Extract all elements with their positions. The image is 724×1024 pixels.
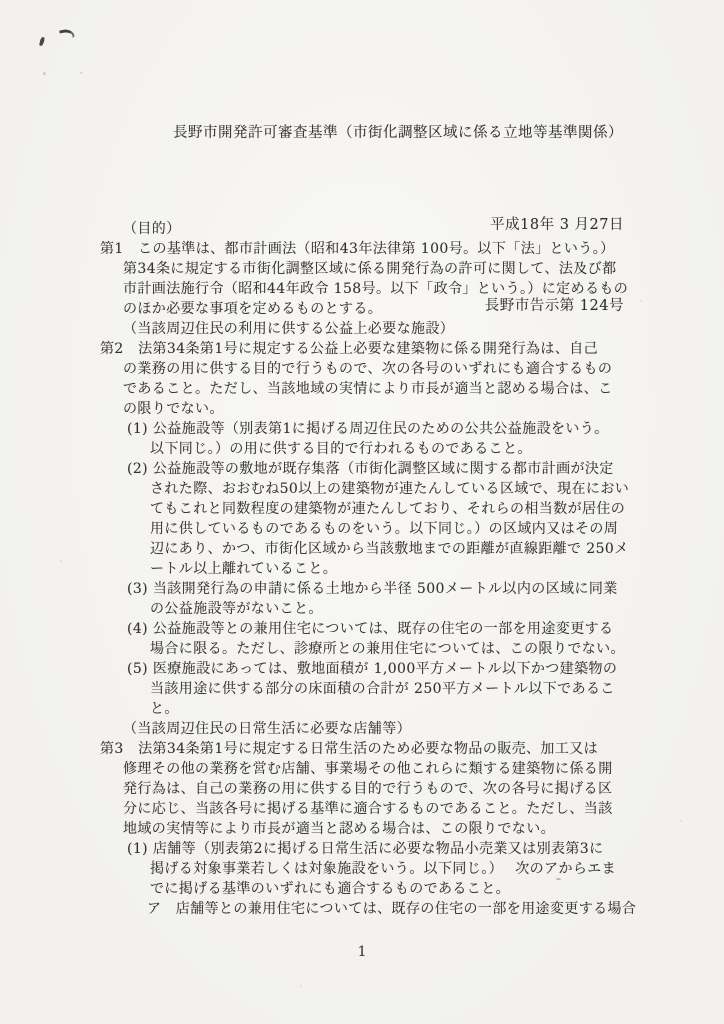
document-line: 掲げる対象事業若しくは対象施設をいう。以下同じ。） 次のアからエま bbox=[150, 859, 616, 879]
document-line: (1) 店舗等（別表第2に掲げる日常生活に必要な物品小売業又は別表第3に bbox=[127, 839, 604, 859]
document-line: 第1 この基準は、都市計画法（昭和43年法律第 100号。以下「法」という。） bbox=[100, 239, 615, 259]
document-lines: （目的）第1 この基準は、都市計画法（昭和43年法律第 100号。以下「法」とい… bbox=[0, 0, 724, 1024]
document-line: 修理その他の業務を営む店舗、事業場その他これらに類する建築物に係る開 bbox=[123, 759, 613, 779]
document-line: 発行為は、自己の業務の用に供する目的で行うもので、次の各号に掲げる区 bbox=[123, 779, 612, 799]
document-line: （目的） bbox=[123, 219, 181, 239]
document-line: 用に供しているものであるものをいう。以下同じ。）の区域内又はその周 bbox=[150, 519, 618, 539]
document-line: 場合に限る。ただし、診療所との兼用住宅については、この限りでない。 bbox=[150, 639, 625, 659]
document-line: 第34条に規定する市街化調整区域に係る開発行為の許可に関して、法及び都 bbox=[123, 259, 617, 279]
document-line: ートル以上離れていること。 bbox=[150, 559, 337, 579]
document-line: てもこれと同数程度の建築物が連たんしており、それらの相当数が居住の bbox=[150, 499, 625, 519]
document-line: 第3 法第34条第1号に規定する日常生活のため必要な物品の販売、加工又は bbox=[100, 739, 598, 759]
document-line: (5) 医療施設にあっては、敷地面積が 1,000平方メートル以下かつ建築物の bbox=[127, 659, 617, 679]
document-line: (2) 公益施設等の敷地が既存集落（市街化調整区域に関する都市計画が決定 bbox=[127, 459, 614, 479]
document-line: された際、おおむね50以上の建築物が連たんしている区域で、現在におい bbox=[150, 479, 629, 499]
document-line: 地域の実情等により市長が適当と認める場合は、この限りでない。 bbox=[123, 819, 555, 839]
document-line: 辺にあり、かつ、市街化区域から当該敷地までの距離が直線距離で 250メ bbox=[150, 539, 629, 559]
document-line: のほか必要な事項を定めるものとする。 bbox=[123, 299, 382, 319]
document-line: 市計画法施行令（昭和44年政令 158号。以下「政令」という。）に定めるもの bbox=[123, 279, 628, 299]
document-line: と。 bbox=[150, 699, 179, 719]
document-line: ア 店舗等との兼用住宅については、既存の住宅の一部を用途変更する場合 bbox=[147, 899, 636, 919]
document-line: であること。ただし、当該地域の実情により市長が適当と認める場合は、こ bbox=[123, 379, 613, 399]
document-line: （当該周辺住民の日常生活に必要な店舗等） bbox=[123, 719, 411, 739]
document-line: 当該用途に供する部分の床面積の合計が 250平方メートル以下であるこ bbox=[150, 679, 615, 699]
document-line: (1) 公益施設等（別表第1に掲げる周辺住民のための公共公益施設をいう。 bbox=[127, 419, 609, 439]
document-line: の限りでない。 bbox=[123, 399, 224, 419]
document-line: (3) 当該開発行為の申請に係る土地から半径 500メートル以内の区域に同業 bbox=[127, 579, 618, 599]
scanned-page: 長野市開発許可審査基準（市街化調整区域に係る立地等基準関係） 平成18年 3 月… bbox=[0, 0, 724, 1024]
document-line: でに掲げる基準のいずれにも適合するものであること。 bbox=[150, 879, 510, 899]
document-line: 第2 法第34条第1号に規定する公益上必要な建築物に係る開発行為は、自己 bbox=[100, 339, 598, 359]
document-line: の公益施設等がないこと。 bbox=[150, 599, 323, 619]
document-line: （当該周辺住民の利用に供する公益上必要な施設） bbox=[123, 319, 454, 339]
document-line: 分に応じ、当該各号に掲げる基準に適合するものであること。ただし、当該 bbox=[123, 799, 613, 819]
page-number: 1 bbox=[0, 944, 724, 960]
document-line: の業務の用に供する目的で行うもので、次の各号のいずれにも適合するもの bbox=[123, 359, 612, 379]
document-line: (4) 公益施設等との兼用住宅については、既存の住宅の一部を用途変更する bbox=[127, 619, 613, 639]
document-line: 以下同じ。）の用に供する目的で行われるものであること。 bbox=[150, 439, 532, 459]
